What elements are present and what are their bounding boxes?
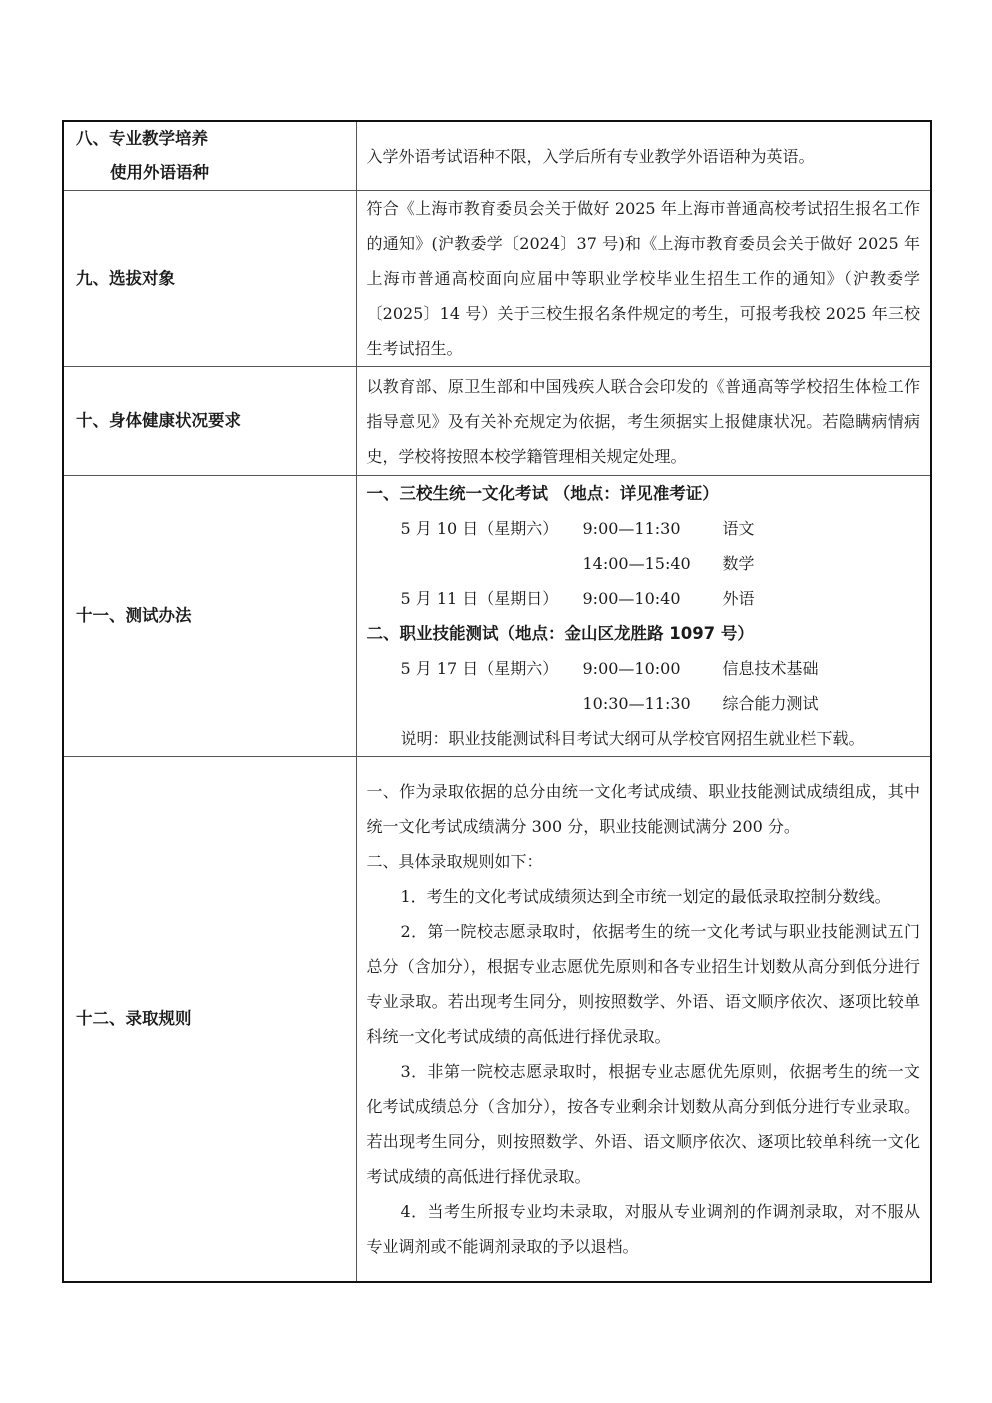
row-label-foreign-language: 八、专业教学培养 使用外语语种: [63, 121, 356, 191]
schedule-time: 14:00—15:40: [583, 546, 723, 581]
row-label-text: 九、选拔对象: [76, 262, 356, 296]
rule-paragraph: 一、作为录取依据的总分由统一文化考试成绩、职业技能测试成绩组成，其中统一文化考试…: [367, 774, 921, 844]
schedule-subject: 综合能力测试: [723, 686, 819, 721]
schedule-row: 5 月 11 日（星期日） 9:00—10:40 外语: [367, 581, 921, 616]
syllabus-note: 说明：职业技能测试科目考试大纲可从学校官网招生就业栏下载。: [367, 721, 921, 756]
row-content-test-methods: 一、三校生统一文化考试 （地点：详见准考证） 5 月 10 日（星期六） 9:0…: [356, 476, 931, 757]
rule-item: 4．当考生所报专业均未录取，对服从专业调剂的作调剂录取，对不服从专业调剂或不能调…: [367, 1194, 921, 1264]
schedule-date: [367, 546, 583, 581]
row-content-health-requirements: 以教育部、原卫生部和中国残疾人联合会印发的《普通高等学校招生体检工作指导意见》及…: [356, 367, 931, 476]
table-row-admission-rules: 十二、录取规则 一、作为录取依据的总分由统一文化考试成绩、职业技能测试成绩组成，…: [63, 757, 931, 1283]
schedule-date: [367, 686, 583, 721]
schedule-time: 10:30—11:30: [583, 686, 723, 721]
table-row-foreign-language: 八、专业教学培养 使用外语语种 入学外语考试语种不限，入学后所有专业教学外语语种…: [63, 121, 931, 191]
content-text: 符合《上海市教育委员会关于做好 2025 年上海市普通高校考试招生报名工作的通知…: [367, 191, 921, 366]
row-label-text: 十一、测试办法: [76, 599, 356, 633]
section-heading-culture-exam: 一、三校生统一文化考试 （地点：详见准考证）: [367, 476, 921, 511]
row-content-selection-target: 符合《上海市教育委员会关于做好 2025 年上海市普通高校考试招生报名工作的通知…: [356, 191, 931, 367]
schedule-subject: 语文: [723, 511, 755, 546]
row-label-selection-target: 九、选拔对象: [63, 191, 356, 367]
schedule-row: 5 月 17 日（星期六） 9:00—10:00 信息技术基础: [367, 651, 921, 686]
row-label-text: 十、身体健康状况要求: [76, 404, 356, 438]
row-label-test-methods: 十一、测试办法: [63, 476, 356, 757]
rule-item: 1．考生的文化考试成绩须达到全市统一划定的最低录取控制分数线。: [367, 879, 921, 914]
schedule-date: 5 月 11 日（星期日）: [367, 581, 583, 616]
document-page: 八、专业教学培养 使用外语语种 入学外语考试语种不限，入学后所有专业教学外语语种…: [0, 0, 992, 1403]
rule-paragraph: 二、具体录取规则如下：: [367, 844, 921, 879]
rule-item: 2．第一院校志愿录取时，依据考生的统一文化考试与职业技能测试五门总分（含加分），…: [367, 914, 921, 1054]
schedule-date: 5 月 17 日（星期六）: [367, 651, 583, 686]
row-label-health-requirements: 十、身体健康状况要求: [63, 367, 356, 476]
row-label-text: 十二、录取规则: [76, 1002, 356, 1036]
schedule-subject: 数学: [723, 546, 755, 581]
schedule-time: 9:00—10:00: [583, 651, 723, 686]
schedule-subject: 外语: [723, 581, 755, 616]
content-text: 入学外语考试语种不限，入学后所有专业教学外语语种为英语。: [367, 139, 921, 174]
rule-item: 3．非第一院校志愿录取时，根据专业志愿优先原则，依据考生的统一文化考试成绩总分（…: [367, 1054, 921, 1194]
schedule-time: 9:00—10:40: [583, 581, 723, 616]
table-row-test-methods: 十一、测试办法 一、三校生统一文化考试 （地点：详见准考证） 5 月 10 日（…: [63, 476, 931, 757]
row-label-line-1: 八、专业教学培养: [76, 122, 356, 156]
schedule-row: 10:30—11:30 综合能力测试: [367, 686, 921, 721]
schedule-row: 14:00—15:40 数学: [367, 546, 921, 581]
row-label-admission-rules: 十二、录取规则: [63, 757, 356, 1283]
row-label-line-2: 使用外语语种: [76, 156, 356, 190]
schedule-row: 5 月 10 日（星期六） 9:00—11:30 语文: [367, 511, 921, 546]
row-content-foreign-language: 入学外语考试语种不限，入学后所有专业教学外语语种为英语。: [356, 121, 931, 191]
content-text: 以教育部、原卫生部和中国残疾人联合会印发的《普通高等学校招生体检工作指导意见》及…: [367, 369, 921, 474]
admission-rules-table: 八、专业教学培养 使用外语语种 入学外语考试语种不限，入学后所有专业教学外语语种…: [62, 120, 932, 1283]
table-row-health-requirements: 十、身体健康状况要求 以教育部、原卫生部和中国残疾人联合会印发的《普通高等学校招…: [63, 367, 931, 476]
table-row-selection-target: 九、选拔对象 符合《上海市教育委员会关于做好 2025 年上海市普通高校考试招生…: [63, 191, 931, 367]
schedule-subject: 信息技术基础: [723, 651, 819, 686]
schedule-date: 5 月 10 日（星期六）: [367, 511, 583, 546]
section-heading-skills-test: 二、职业技能测试（地点：金山区龙胜路 1097 号）: [367, 616, 921, 651]
row-content-admission-rules: 一、作为录取依据的总分由统一文化考试成绩、职业技能测试成绩组成，其中统一文化考试…: [356, 757, 931, 1283]
schedule-time: 9:00—11:30: [583, 511, 723, 546]
